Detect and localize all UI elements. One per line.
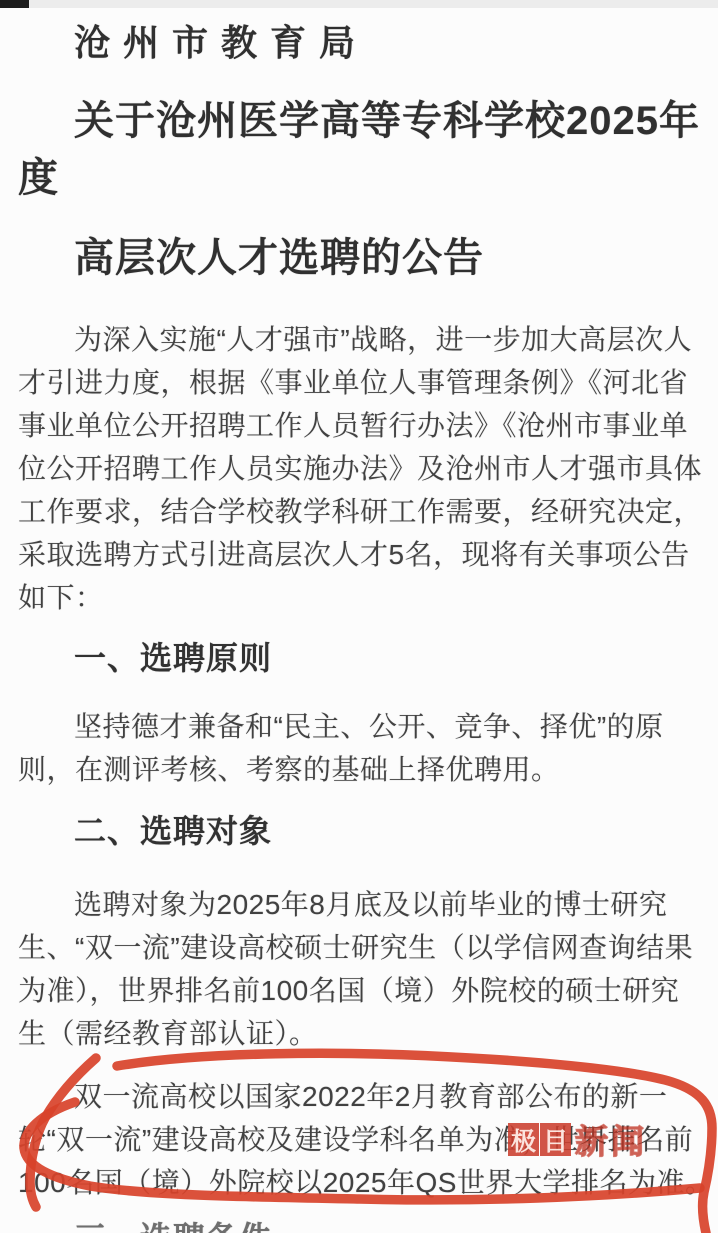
agency-title: 沧州市教育局 [18, 18, 700, 68]
body-line: 坚持德才兼备和“民主、公开、竞争、择优”的原 [18, 705, 700, 748]
body-line: 为准），世界排名前100名国（境）外院校的硕士研究 [18, 969, 700, 1012]
intro-paragraph: 为深入实施“人才强市”战略，进一步加大高层次人 才引进力度，根据《事业单位人事管… [18, 318, 700, 619]
body-line: 生（需经教育部认证）。 [18, 1012, 700, 1055]
intro-line: 为深入实施“人才强市”战略，进一步加大高层次人 [18, 318, 700, 361]
section-heading-3-clipped: 三、选聘条件 [18, 1215, 700, 1233]
body-line: 选聘对象为2025年8月底及以前毕业的博士研究 [18, 883, 700, 926]
intro-line: 位公开招聘工作人员实施办法》及沧州市人才强市具体 [18, 447, 700, 490]
intro-line: 事业单位公开招聘工作人员暂行办法》《沧州市事业单 [18, 404, 700, 447]
section-2-paragraph: 选聘对象为2025年8月底及以前毕业的博士研究 生、“双一流”建设高校硕士研究生… [18, 883, 700, 1055]
top-strip-dark-segment [0, 0, 29, 8]
section-heading-1: 一、选聘原则 [18, 635, 700, 681]
section-1-paragraph: 坚持德才兼备和“民主、公开、竞争、择优”的原 则，在测评考核、考察的基础上择优聘… [18, 705, 700, 791]
document-title: 关于沧州医学高等专科学校2025年 度 [18, 93, 700, 207]
note-line: 轮“双一流”建设高校及建设学科名单为准，世界排名前 [18, 1118, 700, 1161]
section-heading-2: 二、选聘对象 [18, 808, 700, 854]
title-line: 度 [18, 150, 700, 207]
document-subtitle: 高层次人才选聘的公告 [18, 230, 700, 287]
body-line: 则，在测评考核、考察的基础上择优聘用。 [18, 748, 700, 791]
intro-line: 如下： [18, 576, 700, 619]
intro-line: 工作要求，结合学校教学科研工作需要，经研究决定， [18, 490, 700, 533]
intro-line: 采取选聘方式引进高层次人才5名，现将有关事项公告 [18, 533, 700, 576]
intro-line: 才引进力度，根据《事业单位人事管理条例》《河北省 [18, 361, 700, 404]
announcement-document: 沧州市教育局 关于沧州医学高等专科学校2025年 度 高层次人才选聘的公告 为深… [0, 18, 718, 1233]
highlighted-note-paragraph: 双一流高校以国家2022年2月教育部公布的新一 轮“双一流”建设高校及建设学科名… [18, 1075, 700, 1204]
body-line: 生、“双一流”建设高校硕士研究生（以学信网查询结果 [18, 926, 700, 969]
note-line: 双一流高校以国家2022年2月教育部公布的新一 [18, 1075, 700, 1118]
note-line: 100名国（境）外院校以2025年QS世界大学排名为准。 [18, 1161, 700, 1204]
title-line: 关于沧州医学高等专科学校2025年 [18, 93, 700, 150]
top-strip [0, 0, 718, 8]
